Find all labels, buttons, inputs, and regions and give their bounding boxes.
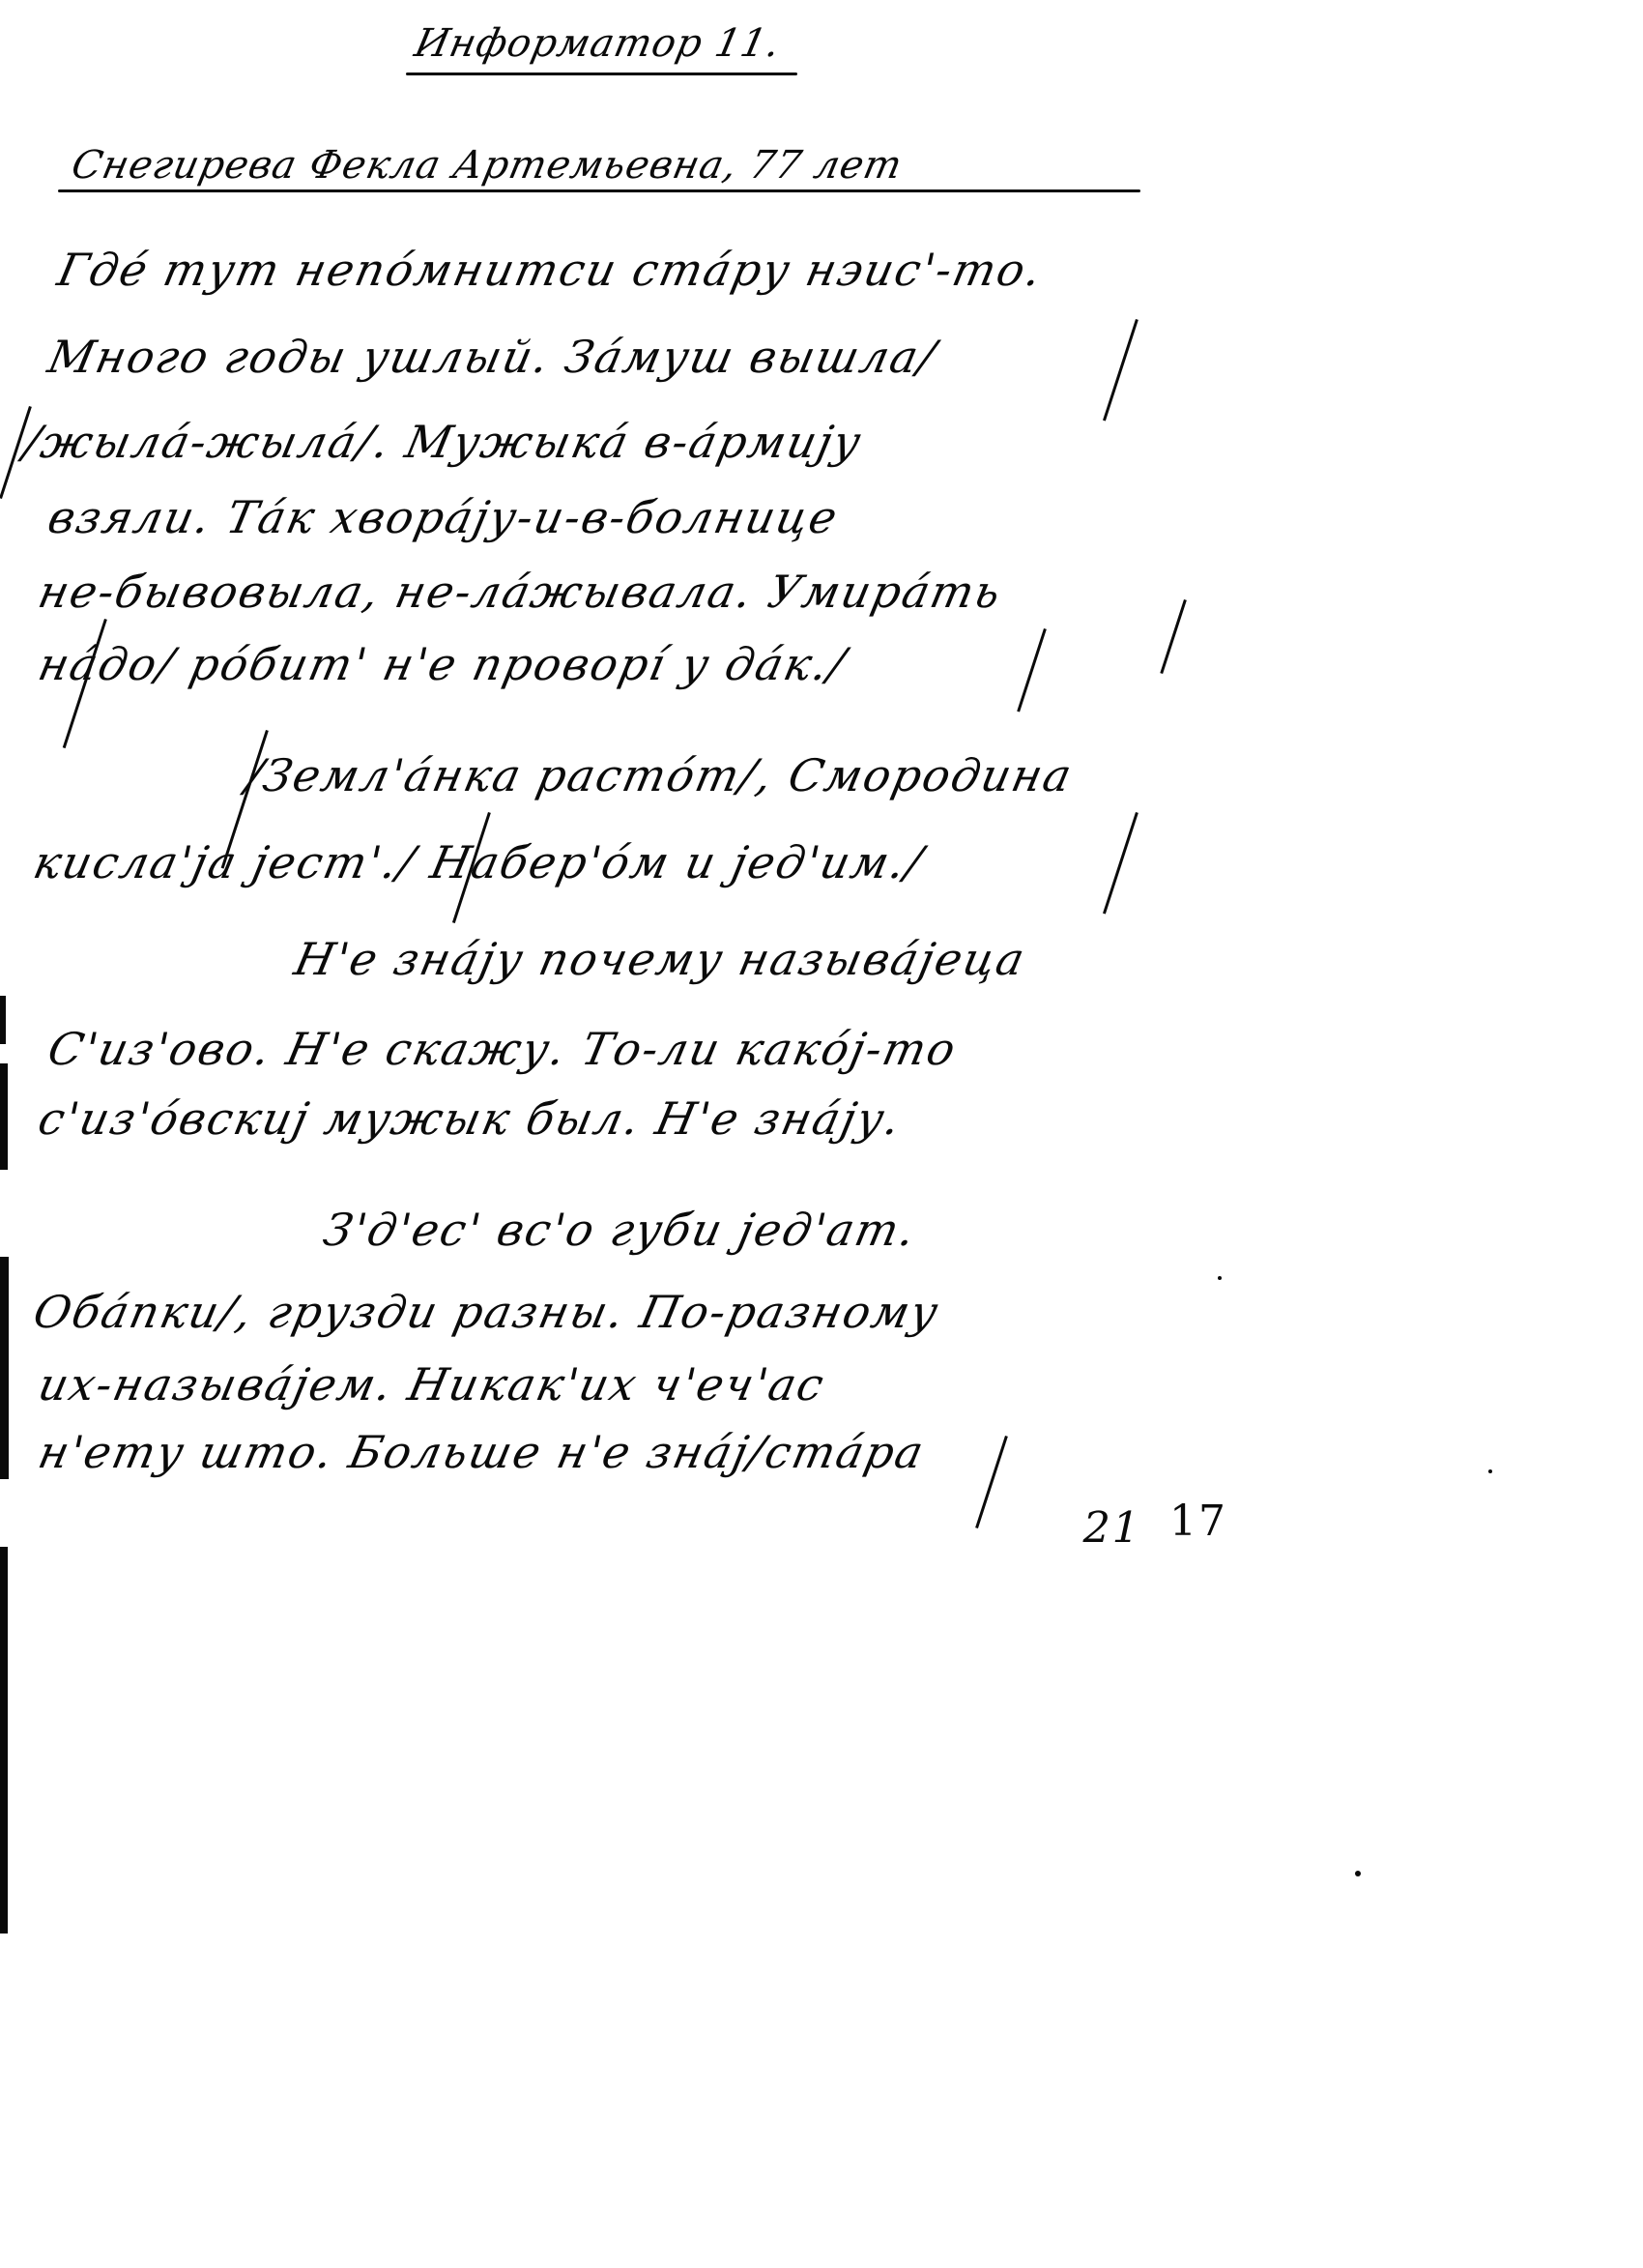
scan-edge-mark bbox=[0, 1547, 8, 1934]
informant-underline bbox=[58, 189, 1140, 192]
scan-edge-mark bbox=[0, 1063, 8, 1170]
informant-name: Снегирева Фекла Артемьевна, 77 лет bbox=[68, 143, 907, 188]
text-line: их-назывájем. Никак'их ч'еч'ас bbox=[34, 1358, 830, 1410]
text-line: с'из'óвскиj мужык был. Н'е знájу. bbox=[34, 1092, 907, 1145]
header-underline bbox=[406, 73, 797, 75]
text-line: н'ету што. Больше н'е знáj/стáра bbox=[34, 1426, 930, 1478]
slash-stroke bbox=[975, 1436, 1008, 1528]
text-line: З'д'ес' вс'о губи jед'ат. bbox=[319, 1204, 922, 1256]
scan-speck bbox=[1218, 1276, 1222, 1280]
slash-stroke bbox=[1160, 599, 1187, 674]
text-line: Гдé тут непóмнитси стáру нэис'-то. bbox=[53, 244, 1048, 296]
text-line: не-бывовыла, не-лáжывала. Умирáть bbox=[34, 566, 1007, 618]
scan-speck bbox=[1355, 1871, 1361, 1876]
slash-stroke bbox=[1017, 628, 1047, 712]
scanned-handwritten-page: Информатор 11. Снегирева Фекла Артемьевн… bbox=[0, 0, 1643, 2268]
text-line: взяли. Тáк хворájу-и-в-болнице bbox=[43, 491, 844, 543]
slash-stroke bbox=[1103, 319, 1139, 422]
text-line: С'из'ово. Н'е скажу. То-ли какój-то bbox=[43, 1023, 962, 1075]
scan-speck bbox=[1488, 1469, 1492, 1473]
page-number: 21 bbox=[1078, 1503, 1146, 1553]
scan-edge-mark bbox=[0, 996, 6, 1044]
document-header: Информатор 11. bbox=[411, 21, 785, 66]
text-line: Много годы ушлый. Зáмуш вышла/ bbox=[43, 331, 941, 383]
slash-stroke bbox=[1103, 812, 1139, 915]
scan-edge-mark bbox=[0, 1257, 9, 1479]
text-line: /Земл'áнка растóт/, Смородина bbox=[242, 749, 1078, 801]
archive-stamp-number: 17 bbox=[1169, 1497, 1227, 1546]
text-line: Н'е знájу почему назывájеца bbox=[290, 933, 1031, 985]
text-line: нáдо/ рóбит' н'е проворí у дáк./ bbox=[34, 638, 851, 690]
text-line: /жылá-жылá/. Мужыкá в-áрмиjу bbox=[19, 416, 867, 468]
text-line: Обáпки/, грузди разны. По-разному bbox=[29, 1286, 944, 1338]
